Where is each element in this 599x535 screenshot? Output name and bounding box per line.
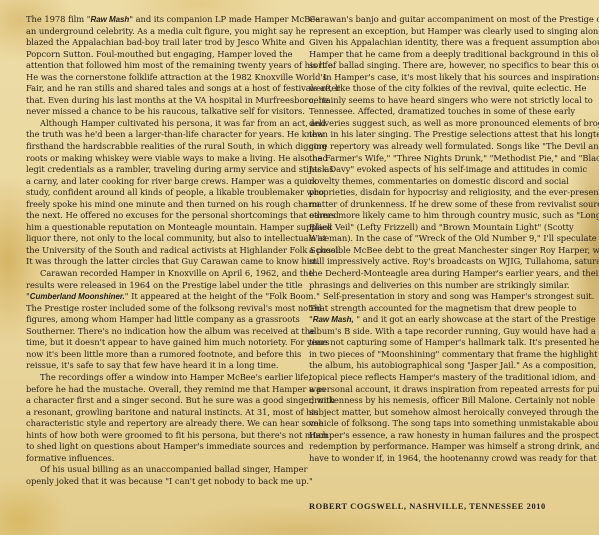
text-line: that. Even during his last months at the… [26, 95, 300, 107]
paragraph: Carawan recorded Hamper in Knoxville on … [26, 268, 300, 372]
album-title: Raw Mash [91, 15, 130, 24]
text-line: figures, among whom Hamper had little co… [26, 314, 300, 326]
album-title: Cumberland Moonshiner. [30, 292, 125, 301]
text-line: still impressively active. Roy's broadca… [309, 256, 585, 268]
text-line: results were released in 1964 on the Pre… [26, 280, 300, 292]
text-line: attention that followed him most of the … [26, 60, 300, 72]
text-line: a character first and a singer second. B… [26, 395, 300, 407]
text-line: the album, his autobiographical song "Ja… [309, 360, 585, 372]
text-line: legit credentials as a rambler, travelin… [26, 164, 300, 176]
text-line: sort of ballad singing. There are, howev… [309, 60, 585, 72]
text-line: core repertory was already well formulat… [309, 141, 585, 153]
text-line: topical piece reflects Hamper's mastery … [309, 372, 585, 384]
text-line: Given his Appalachian identity, there wa… [309, 37, 585, 49]
text-line: liquor there, not only to the local comm… [26, 233, 300, 245]
paragraph: Of his usual billing as an unaccompanied… [26, 464, 300, 487]
text-line: Southerner. There's no indication how th… [26, 326, 300, 338]
text-line: blazed the Appalachian bad-boy trail lat… [26, 37, 300, 49]
text-line: a possible McBee debt to the great Manch… [309, 245, 585, 257]
text-line: the truth was he'd been a larger-than-li… [26, 129, 300, 141]
text-line: never missed a chance to be his raucous,… [26, 106, 300, 118]
liner-notes-page: The 1978 film "Raw Mash" and its compani… [0, 0, 599, 535]
text-line: the University of the South and radical … [26, 245, 300, 257]
text-line: an underground celebrity. As a media cul… [26, 26, 300, 38]
text-line: Tennessee. Affected, dramatized touches … [309, 106, 585, 118]
text-line: characteristic style and repertory are a… [26, 418, 300, 430]
text-line: proprieties, disdain for hypocrisy and r… [309, 187, 585, 199]
paragraph: The recordings offer a window into Hampe… [26, 372, 300, 464]
text-line: Of his usual billing as an unaccompanied… [26, 464, 300, 476]
text-line: Popcorn Sutton. Foul-mouthed but engagin… [26, 49, 300, 61]
text-line: Fair, and he ran stills and shared tales… [26, 83, 300, 95]
text-line: time, but it doesn't appear to have gain… [26, 337, 300, 349]
text-line: a resonant, growling baritone and natura… [26, 407, 300, 419]
text-line: subject matter, but somehow almost heroi… [309, 407, 585, 419]
text-line: It was through the latter circles that G… [26, 256, 300, 268]
text-line: redemption by performance. Hamper was hi… [309, 441, 585, 453]
text-line: Although Hamper cultivated his persona, … [26, 118, 300, 130]
text-line: novelty themes, commentaries on domestic… [309, 176, 585, 188]
text-line: hints of how both were groomed to fit hi… [26, 430, 300, 442]
text-line: reissue, it's safe to say that few have … [26, 360, 300, 372]
text-line: "Cumberland Moonshiner." It appeared at … [26, 291, 300, 303]
paragraph: The 1978 film "Raw Mash" and its compani… [26, 14, 300, 118]
text-line: freely spoke his mind one minute and the… [26, 199, 300, 211]
text-line: him a questionable reputation on Monteag… [26, 222, 300, 234]
paragraph: Carawan's banjo and guitar accompaniment… [309, 14, 585, 72]
text-line: matter of drunkenness. If he drew some o… [309, 199, 585, 211]
text-line: Self-presentation in story and song was … [309, 291, 585, 303]
text-line: That strength accounted for the magnetis… [309, 303, 585, 315]
text-line: The recordings offer a window into Hampe… [26, 372, 300, 384]
text-line: In Hamper's case, it's most likely that … [309, 72, 585, 84]
text-line: Hamper's essence, a raw honesty in human… [309, 430, 585, 442]
text-line: Carawan recorded Hamper in Knoxville on … [26, 268, 300, 280]
text-line: to shed light on questions about Hamper'… [26, 441, 300, 453]
text-line: Black Veil" (Lefty Frizzell) and "Brown … [309, 222, 585, 234]
text-line: others more likely came to him through c… [309, 210, 585, 222]
right-column: Carawan's banjo and guitar accompaniment… [309, 14, 585, 464]
text-line: before he had the mustache. Overall, the… [26, 384, 300, 396]
text-line: phrasings and deliveries on this number … [309, 280, 585, 292]
text-line: "Raw Mash, " and it got an early showcas… [309, 314, 585, 326]
album-title: Raw Mash, [313, 315, 354, 324]
text-line: have to wonder if, in 1964, the hootenan… [309, 453, 585, 465]
text-line: formative influences. [26, 453, 300, 465]
text-line: a carny, and later cooking for river bar… [26, 176, 300, 188]
paragraph: Although Hamper cultivated his persona, … [26, 118, 300, 268]
text-line: the Decherd-Monteagle area during Hamper… [309, 268, 585, 280]
text-line: drunkenness by his nemesis, officer Bill… [309, 395, 585, 407]
text-line: were, like those of the city folkies of … [309, 83, 585, 95]
text-line: album's B side. With a tape recorder run… [309, 326, 585, 338]
text-line: Hamper that he came from a deeply tradit… [309, 49, 585, 61]
text-line: study, confident around all kinds of peo… [26, 187, 300, 199]
text-line: vehicle of folksong. The song taps into … [309, 418, 585, 430]
text-line: now it's been little more than a rumored… [26, 349, 300, 361]
text-line: the Farmer's Wife," "Three Nights Drunk,… [309, 153, 585, 165]
text-line: Wiseman). In the case of "Wreck of the O… [309, 233, 585, 245]
text-line: roots or making whiskey were viable ways… [26, 153, 300, 165]
text-line: The Prestige roster included some of the… [26, 303, 300, 315]
paragraph: Self-presentation in story and song was … [309, 291, 585, 464]
text-line: deliveries suggest such, as well as more… [309, 118, 585, 130]
text-line: openly joked that it was because "I can'… [26, 476, 300, 488]
left-column: The 1978 film "Raw Mash" and its compani… [26, 14, 300, 487]
text-line: He was the cornerstone folklife attracti… [26, 72, 300, 84]
text-line: Jack Davy" evoked aspects of his self-im… [309, 164, 585, 176]
text-line: certainly seems to have heard singers wh… [309, 95, 585, 107]
paragraph: In Hamper's case, it's most likely that … [309, 72, 585, 291]
text-line: than in his later singing. The Prestige … [309, 129, 585, 141]
text-line: the next. He offered no excuses for the … [26, 210, 300, 222]
text-line: in two pieces of "Moonshining" commentar… [309, 349, 585, 361]
text-line: represent an exception, but Hamper was c… [309, 26, 585, 38]
text-line: firsthand the hardscrabble realities of … [26, 141, 300, 153]
text-line: a personal account, it draws inspiration… [309, 384, 585, 396]
text-line: Carawan's banjo and guitar accompaniment… [309, 14, 585, 26]
text-line: The 1978 film "Raw Mash" and its compani… [26, 14, 300, 26]
author-signature: ROBERT COGSWELL, NASHVILLE, TENNESSEE 20… [309, 502, 546, 511]
text-line: time not capturing some of Hamper's hall… [309, 337, 585, 349]
